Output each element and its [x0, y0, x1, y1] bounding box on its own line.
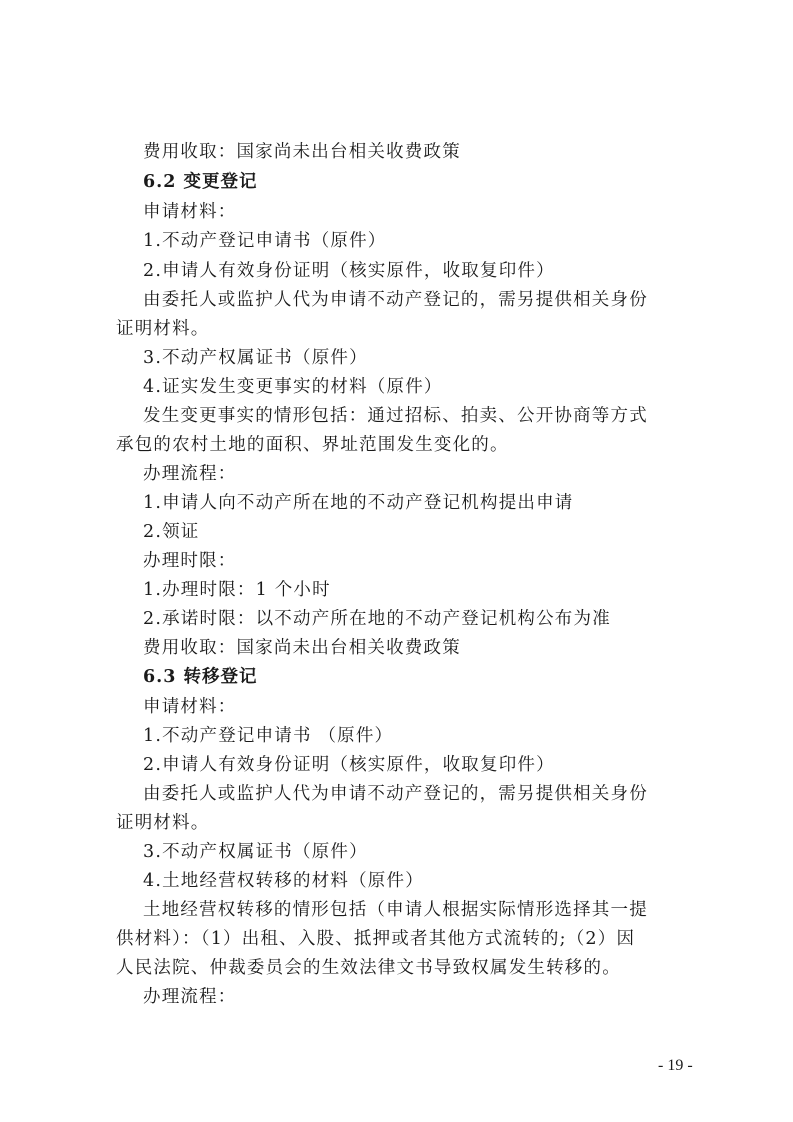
paragraph-line: 由委托人或监护人代为申请不动产登记的，需另提供相关身份: [143, 288, 648, 312]
paragraph-line: 证明材料。: [116, 317, 210, 341]
list-item: 1.办理时限：1 个小时: [143, 578, 331, 602]
materials-label: 申请材料：: [143, 200, 237, 224]
fee-line: 费用收取：国家尚未出台相关收费政策: [143, 636, 461, 660]
paragraph-line: 土地经营权转移的情形包括（申请人根据实际情形选择其一提: [143, 898, 648, 922]
page-number: - 19 -: [658, 1057, 693, 1075]
list-item: 4.证实发生变更事实的材料（原件）: [143, 375, 443, 399]
list-item: 1.申请人向不动产所在地的不动产登记机构提出申请: [143, 491, 574, 515]
time-limit-label: 办理时限：: [143, 549, 237, 573]
list-item: 3.不动产权属证书（原件）: [143, 840, 368, 864]
paragraph-line: 人民法院、仲裁委员会的生效法律文书导致权属发生转移的。: [116, 956, 621, 980]
list-item: 1.不动产登记申请书（原件）: [143, 229, 387, 253]
paragraph-line: 由委托人或监护人代为申请不动产登记的，需另提供相关身份: [143, 782, 648, 806]
section-heading-6-2: 6.2 变更登记: [143, 170, 258, 194]
process-label: 办理流程：: [143, 462, 237, 486]
document-page: 费用收取：国家尚未出台相关收费政策 6.2 变更登记 申请材料： 1.不动产登记…: [0, 0, 793, 1122]
process-label: 办理流程：: [143, 985, 237, 1009]
fee-line: 费用收取：国家尚未出台相关收费政策: [143, 140, 461, 164]
list-item: 2.申请人有效身份证明（核实原件，收取复印件）: [143, 753, 555, 777]
list-item: 1.不动产登记申请书 （原件）: [143, 724, 393, 748]
section-heading-6-3: 6.3 转移登记: [143, 665, 258, 689]
materials-label: 申请材料：: [143, 695, 237, 719]
paragraph-line: 供材料）：（1）出租、入股、抵押或者其他方式流转的;（2）因: [116, 927, 635, 951]
list-item: 4.土地经营权转移的材料（原件）: [143, 869, 424, 893]
paragraph-line: 证明材料。: [116, 811, 210, 835]
list-item: 2.领证: [143, 520, 200, 544]
list-item: 2.承诺时限：以不动产所在地的不动产登记机构公布为准: [143, 607, 611, 631]
paragraph-line: 发生变更事实的情形包括：通过招标、拍卖、公开协商等方式: [143, 404, 648, 428]
paragraph-line: 承包的农村土地的面积、界址范围发生变化的。: [116, 433, 509, 457]
list-item: 3.不动产权属证书（原件）: [143, 346, 368, 370]
list-item: 2.申请人有效身份证明（核实原件，收取复印件）: [143, 259, 555, 283]
